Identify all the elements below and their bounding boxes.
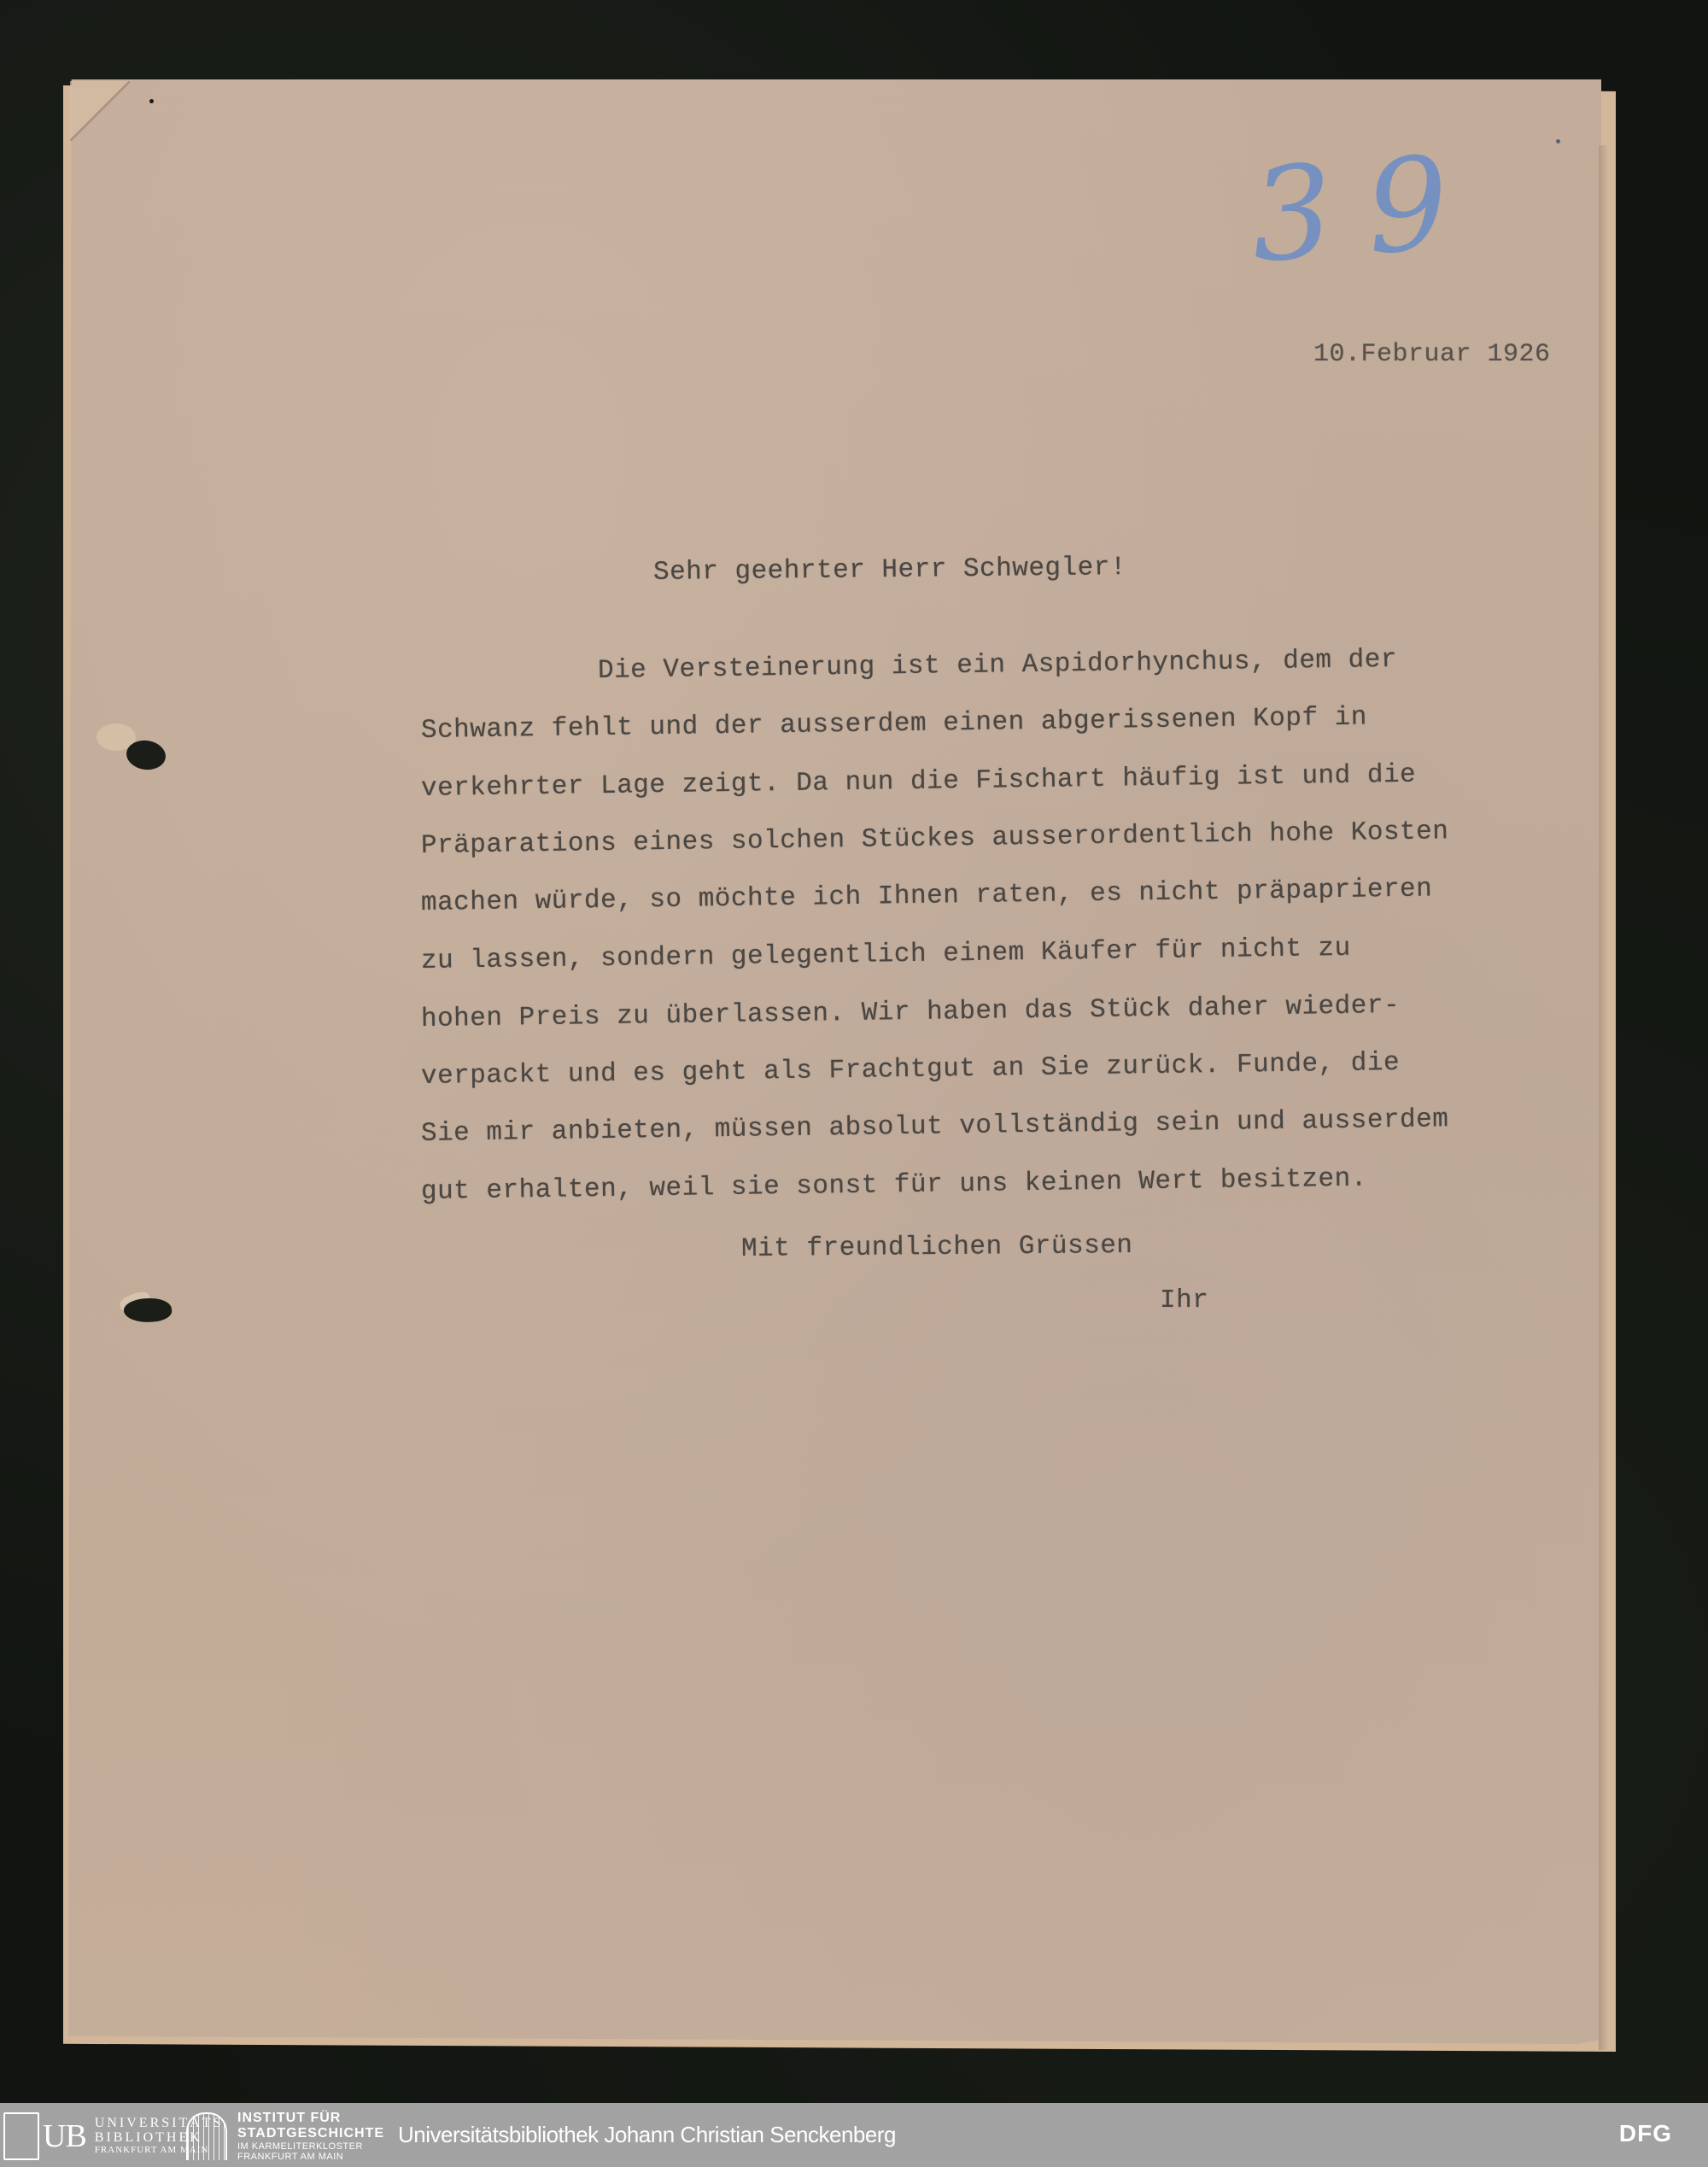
torn-right-edge [1599,145,1609,2050]
ub-emblem-icon [3,2112,39,2160]
isg-text: INSTITUT FÜR STADTGESCHICHTE IM KARMELIT… [237,2111,384,2161]
isg-line-2: STADTGESCHICHTE [237,2126,384,2141]
isg-line-4: FRANKFURT AM MAIN [237,2152,384,2162]
salutation: Sehr geehrter Herr Schwegler! [653,553,1126,588]
paper-speck [149,99,154,103]
library-name: Universitätsbibliothek Johann Christian … [398,2122,896,2148]
footer-bar: UB UNIVERSITÄTS BIBLIOTHEK FRANKFURT AM … [0,2103,1708,2167]
folio-number: 39 [1247,138,1487,282]
signature-line: Ihr [1160,1286,1208,1315]
letter-date: 10.Februar 1926 [1313,340,1551,369]
corner-fold [70,81,130,141]
closing: Mit freundlichen Grüssen [741,1231,1133,1264]
isg-line-1: INSTITUT FÜR [237,2111,384,2126]
paper-speck [1556,139,1560,143]
dfg-logo: DFG [1619,2120,1672,2147]
isg-line-3: IM KARMELITERKLOSTER [237,2141,384,2152]
isg-arch-icon [186,2112,227,2160]
isg-logo: INSTITUT FÜR STADTGESCHICHTE IM KARMELIT… [186,2111,384,2161]
ub-letters: UB [43,2117,86,2155]
